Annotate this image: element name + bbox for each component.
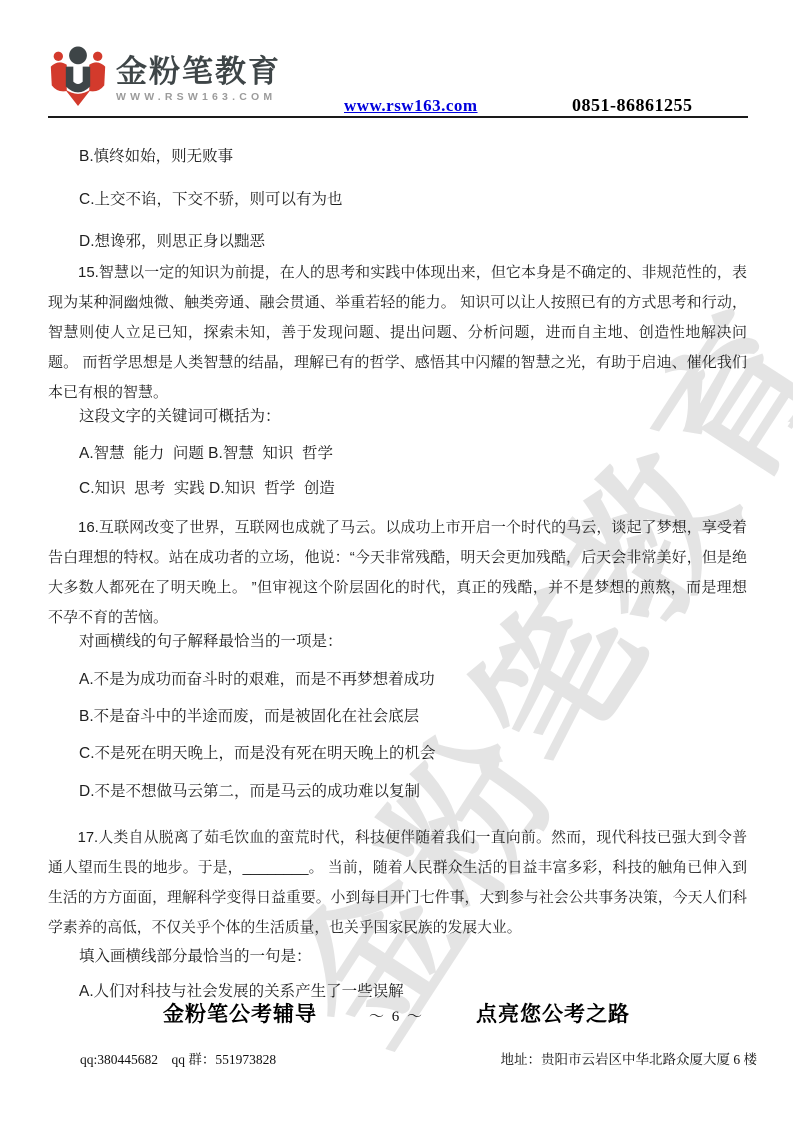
option-line: C.上交不谄，下交不骄，则可以有为也 (48, 189, 747, 210)
option-line: B.不是奋斗中的半途而废，而是被固化在社会底层 (48, 706, 747, 727)
question-16-stem: 对画横线的句子解释最恰当的一项是： (48, 631, 747, 652)
qq-contact: qq:380445682 qq 群：551973828 (80, 1048, 276, 1068)
brand-logo-icon (48, 44, 108, 108)
brand-name: 金粉笔教育 (116, 56, 281, 88)
question-16-passage: 16.互联网改变了世界，互联网也成就了马云。以成功上市开启一个时代的马云，谈起了… (48, 513, 747, 633)
question-15-stem: 这段文字的关键词可概括为： (48, 406, 747, 427)
document-page: 金粉笔教育 (0, 0, 793, 1122)
website-link[interactable]: www.rsw163.com (344, 96, 478, 116)
option-line: B.慎终如始，则无败事 (48, 146, 747, 167)
option-line: C.知识 思考 实践 D.知识 哲学 创造 (48, 478, 747, 499)
footer-brand: 金粉笔公考辅导 (163, 998, 317, 1028)
question-content: B.慎终如始，则无败事 C.上交不谄，下交不骄，则可以有为也 D.想谗邪，则思正… (0, 0, 793, 1122)
option-line: D.想谗邪，则思正身以黜恶 (48, 231, 747, 252)
question-15-passage: 15.智慧以一定的知识为前提，在人的思考和实践中体现出来，但它本身是不确定的、非… (48, 258, 747, 408)
footer-slogan: 点亮您公考之路 (476, 998, 630, 1028)
footer-banner: 金粉笔公考辅导 ～ 6 ～ 点亮您公考之路 (0, 998, 793, 1028)
option-line: D.不是不想做马云第二，而是马云的成功难以复制 (48, 781, 747, 802)
address-contact: 地址：贵阳市云岩区中华北路众厦大厦 6 楼 (501, 1048, 758, 1068)
question-17-passage: 17.人类自从脱离了茹毛饮血的蛮荒时代，科技便伴随着我们一直向前。然而，现代科技… (48, 823, 747, 943)
option-line: A.智慧 能力 问题 B.智慧 知识 哲学 (48, 443, 747, 464)
header-divider (48, 116, 748, 118)
option-line: A.不是为成功而奋斗时的艰难，而是不再梦想着成功 (48, 669, 747, 690)
brand-site-caps: WWW.RSW163.COM (116, 91, 281, 103)
page-header: 金粉笔教育 WWW.RSW163.COM www.rsw163.com 0851… (0, 0, 793, 118)
phone-number: 0851-86861255 (572, 95, 693, 116)
footer-contact: qq:380445682 qq 群：551973828 地址：贵阳市云岩区中华北… (80, 1048, 757, 1068)
brand-logo: 金粉笔教育 WWW.RSW163.COM (48, 44, 281, 108)
option-line: C.不是死在明天晚上，而是没有死在明天晚上的机会 (48, 743, 747, 764)
brand-logo-text: 金粉笔教育 WWW.RSW163.COM (116, 44, 281, 103)
question-17-stem: 填入画横线部分最恰当的一句是： (48, 946, 747, 967)
page-number: ～ 6 ～ (369, 1005, 424, 1026)
